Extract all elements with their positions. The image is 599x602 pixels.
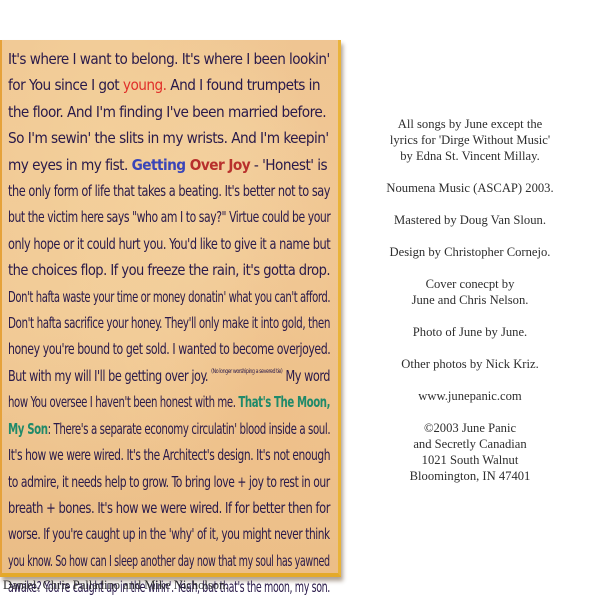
credit-block: ©2003 June Panicand Secretly Canadian102… [362,420,578,484]
credit-line: lyrics for 'Dirge Without Music' [390,133,550,147]
credit-line: Design by Christopher Cornejo. [390,245,551,259]
lyric-title-red-text: Over Joy [190,156,250,174]
credit-line: ©2003 June Panic [424,421,516,435]
lyric-line: my eyes in my fist. Getting Over Joy - '… [8,152,330,178]
credit-block: Cover conecpt byJune and Chris Nelson. [362,276,578,308]
lyric-text: but the victim here says "who am I to sa… [8,208,330,226]
lyric-text: how You oversee I haven't been honest wi… [8,393,238,411]
lyric-line: Don't hafta sacrifice your honey. They'l… [8,310,252,336]
lyric-text: So I'm sewin' the slits in my wrists. An… [8,129,329,147]
lyric-tiny-text: (No longer worshiping a severed tie) [211,368,282,375]
credit-line: and Secretly Canadian [413,437,526,451]
lyric-text: only hope or it could hurt you. You'd li… [8,235,330,253]
credit-line: June and Chris Nelson. [412,293,529,307]
lyric-line: My Son: There's a separate economy circu… [8,416,249,442]
lyric-line: but the victim here says "who am I to sa… [8,204,263,230]
lyric-title-green-text: My Son [8,420,48,438]
lyric-line: the floor. And I'm finding I've been mar… [8,99,330,125]
lyric-line: It's how we were wired. It's the Archite… [8,442,259,468]
lyric-text: My word [282,367,330,385]
credit-line: Mastered by Doug Van Sloun. [394,213,546,227]
credit-line: 1021 South Walnut [422,453,519,467]
credit-line: Photo of June by June. [413,325,527,339]
lyric-line: But with my will I'll be getting over jo… [8,363,273,389]
lyric-text: for You since I got [8,76,123,94]
lyric-text: It's where I want to belong. It's where … [8,50,330,68]
credit-line: Cover conecpt by [426,277,515,291]
lyric-text: the choices flop. If you freeze the rain… [8,261,330,279]
lyric-text: : There's a separate economy circulatin'… [48,420,331,438]
lyric-text: breath + bones. It's how we were wired. … [8,499,330,517]
lyric-line: Don't hafta waste your time or money don… [8,284,245,310]
credit-block: Noumena Music (ASCAP) 2003. [362,180,578,196]
credit-line: Noumena Music (ASCAP) 2003. [386,181,553,195]
lyric-title-green-text: That's The Moon, [238,393,330,411]
lyric-text: And I found trumpets in [166,76,320,94]
lyric-text: to admire, it needs help to grow. To bri… [8,473,330,491]
lyrics-text: It's where I want to belong. It's where … [8,46,332,601]
lyric-text: But with my will I'll be getting over jo… [8,367,211,385]
lyric-line: the only form of life that takes a beati… [8,178,275,204]
credit-block: Mastered by Doug Van Sloun. [362,212,578,228]
lyric-text: the only form of life that takes a beati… [8,182,330,200]
lyric-text: Don't hafta waste your time or money don… [8,288,330,306]
credit-block: All songs by June except thelyrics for '… [362,116,578,164]
credit-block: www.junepanic.com [362,388,578,404]
lyric-text: worse. If you're caught up in the 'why' … [8,525,330,543]
lyric-line: It's where I want to belong. It's where … [8,46,328,72]
lyric-line: for You since I got young. And I found t… [8,72,330,98]
lyric-line: So I'm sewin' the slits in my wrists. An… [8,125,330,151]
credit-line: Other photos by Nick Kriz. [401,357,538,371]
lyric-text: you know. So how can I sleep another day… [8,552,330,570]
lyric-line: worse. If you're caught up in the 'why' … [8,521,257,547]
lyric-line: the choices flop. If you freeze the rain… [8,257,316,283]
credit-block: Design by Christopher Cornejo. [362,244,578,260]
lyric-red-text: young. [123,76,167,94]
lyric-text: the floor. And I'm finding I've been mar… [8,103,326,121]
lyric-line: how You oversee I haven't been honest wi… [8,389,247,415]
lyric-title-blue-text: Getting [132,156,190,174]
lyric-text: my eyes in my fist. [8,156,132,174]
lyric-line: breath + bones. It's how we were wired. … [8,495,279,521]
handwritten-lyrics-card: It's where I want to belong. It's where … [0,40,341,577]
credit-block: Other photos by Nick Kriz. [362,356,578,372]
credit-line[interactable]: www.junepanic.com [418,389,521,403]
credit-line: Bloomington, IN 47401 [410,469,531,483]
lyric-line: you know. So how can I sleep another day… [8,548,233,574]
lyric-text: honey you're bound to get sold. I wanted… [8,340,330,358]
lyric-line: only hope or it could hurt you. You'd li… [8,231,276,257]
credit-block: Photo of June by June. [362,324,578,340]
lyric-text: - 'Honest' is [250,156,327,174]
credit-line: All songs by June except the [398,117,542,131]
lyric-line: honey you're bound to get sold. I wanted… [8,336,266,362]
lyric-text: Don't hafta sacrifice your honey. They'l… [8,314,330,332]
lyric-text: It's how we were wired. It's the Archite… [8,446,330,464]
credit-line: by Edna St. Vincent Millay. [400,149,540,163]
footer-credit-line: Daniel, Chris Palladino and Mike Nichols… [3,578,228,593]
credits-column: All songs by June except thelyrics for '… [362,116,578,500]
lyric-line: to admire, it needs help to grow. To bri… [8,469,261,495]
